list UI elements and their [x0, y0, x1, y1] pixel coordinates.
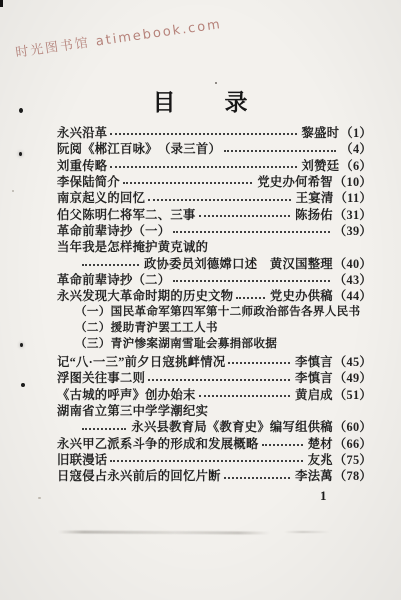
dot-leader: [199, 395, 291, 397]
toc-entry-author: 王宴清: [296, 188, 334, 206]
dot-leader: [110, 133, 296, 135]
scan-speck: [12, 190, 14, 192]
dot-leader: [173, 231, 330, 233]
toc-entry-title: 湖南省立第三中学学潮纪实: [57, 401, 208, 419]
scan-speck: [19, 152, 22, 156]
watermark: 时光图书馆 atimebook.com: [14, 13, 223, 61]
dot-leader: [173, 280, 330, 282]
scan-artifact-corner: [0, 0, 3, 7]
toc-row: （一）国民革命军第四军第十二师政治部告各界人民书: [57, 303, 372, 319]
toc-row: 刘重传略刘赞廷（6）: [57, 156, 372, 172]
dot-leader: [110, 460, 302, 462]
toc-row: 李保陆简介党史办何希智（10）: [57, 172, 372, 188]
toc-entry-page: （60）: [334, 417, 372, 435]
toc-entry-title: 日寇侵占永兴前后的回忆片断: [57, 466, 221, 484]
toc-entry-title: 南京起义的回忆: [57, 188, 145, 206]
toc-entry-page: （10）: [334, 172, 372, 190]
toc-entry-page: （49）: [334, 368, 372, 386]
toc-list: 永兴沿革黎盛时（1）阮阅《郴江百咏》 （录三首）（4）刘重传略刘赞廷（6）李保陆…: [57, 123, 372, 483]
toc-row: 革命前辈诗抄（二）（43）: [57, 270, 372, 286]
dot-leader: [236, 297, 265, 299]
toc-entry-title: 李保陆简介: [57, 172, 120, 190]
toc-entry-page: （51）: [334, 385, 372, 403]
toc-entry-page: （39）: [334, 221, 372, 239]
toc-row: （三）青沪惨案湖南雪耻会募捐部收据: [57, 335, 372, 351]
toc-entry-title: 革命前辈诗抄（二）: [57, 270, 170, 288]
dot-leader: [262, 444, 303, 446]
scan-speck: [19, 108, 23, 113]
toc-entry-author: 永兴县教育局《教育史》编写组供稿: [131, 417, 333, 435]
toc-subentry-title: （二）援助青沪罢工工人书: [57, 319, 218, 335]
toc-row: 永兴发现大革命时期的历史文物党史办供稿（44）: [57, 286, 372, 302]
toc-entry-author: 友兆: [308, 450, 333, 468]
dot-leader: [224, 477, 290, 479]
toc-entry-page: （43）: [334, 270, 372, 288]
toc-entry-title: 永兴甲乙派系斗争的形成和发展概略: [57, 434, 259, 452]
toc-entry-title: 永兴发现大革命时期的历史文物: [57, 286, 233, 304]
toc-entry-page: （1）: [340, 123, 372, 141]
toc-row: 阮阅《郴江百咏》 （录三首）（4）: [57, 139, 372, 155]
toc-row: （二）援助青沪罢工工人书: [57, 319, 372, 335]
toc-row: 湖南省立第三中学学潮纪实: [57, 401, 372, 417]
dot-leader: [82, 428, 126, 430]
toc-entry-author: 黎盛时: [302, 123, 340, 141]
dot-leader: [224, 150, 336, 152]
toc-entry-title: 革命前辈诗抄（一）: [57, 221, 170, 239]
toc-entry-title: 刘重传略: [57, 156, 107, 174]
scan-speck: [20, 343, 23, 347]
toc-entry-author: 李法萬: [295, 466, 333, 484]
toc-row: 《古城的呼声》创办始末黄启成（51）: [57, 385, 372, 401]
scanned-toc-page: 时光图书馆 atimebook.com 目 录 永兴沿革黎盛时（1）阮阅《郴江百…: [0, 0, 401, 600]
dot-leader: [228, 362, 290, 364]
dot-leader: [199, 215, 291, 217]
toc-entry-author: 黄启成: [295, 385, 333, 403]
toc-entry-author: 刘赞廷: [302, 156, 340, 174]
toc-entry-title: 浮图关往事二则: [57, 368, 145, 386]
toc-entry-page: （11）: [335, 188, 372, 206]
toc-row: 革命前辈诗抄（一）（39）: [57, 221, 372, 237]
toc-row: 伯父陈明仁将军二、三事陈扬佑（31）: [57, 205, 372, 221]
page-number: 1: [320, 488, 327, 504]
toc-row: 政协委员刘德嫦口述 黄汉国整理（40）: [57, 254, 372, 270]
toc-entry-page: （40）: [334, 254, 372, 272]
toc-subentry-title: （三）青沪惨案湖南雪耻会募捐部收据: [57, 335, 277, 351]
toc-entry-page: （4）: [340, 139, 372, 157]
toc-entry-title: 《古城的呼声》创办始末: [57, 385, 196, 403]
toc-subentry-title: （一）国民革命军第四军第十二师政治部告各界人民书: [57, 303, 360, 319]
dot-leader: [82, 264, 139, 266]
dot-leader: [123, 182, 252, 184]
toc-row: 永兴县教育局《教育史》编写组供稿（60）: [57, 417, 372, 433]
scan-smudge: [284, 531, 330, 533]
toc-row: 永兴沿革黎盛时（1）: [57, 123, 372, 139]
toc-row: 旧联漫话友兆（75）: [57, 450, 372, 466]
toc-entry-author: 楚材: [308, 434, 333, 452]
toc-entry-author: 政协委员刘德嫦口述 黄汉国整理: [144, 254, 333, 272]
toc-entry-page: （31）: [334, 205, 372, 223]
toc-entry-page: （44）: [334, 286, 372, 304]
toc-entry-title: 伯父陈明仁将军二、三事: [57, 205, 196, 223]
toc-entry-page: （75）: [334, 450, 372, 468]
toc-row: 当年我是怎样掩护黄克诚的: [57, 237, 372, 253]
toc-entry-page: （45）: [334, 352, 372, 370]
toc-entry-author: 李慎言: [295, 368, 333, 386]
toc-entry-title: 阮阅《郴江百咏》 （录三首）: [57, 139, 221, 157]
scan-speck: [215, 82, 217, 84]
page-title: 目 录: [0, 84, 401, 117]
scan-speck: [21, 383, 25, 387]
toc-row: 南京起义的回忆王宴清（11）: [57, 188, 372, 204]
toc-entry-title: 永兴沿革: [57, 123, 107, 141]
toc-entry-page: （66）: [334, 434, 372, 452]
toc-entry-author: 李慎言: [295, 352, 333, 370]
toc-entry-page: （78）: [334, 466, 372, 484]
toc-entry-title: 当年我是怎样掩护黄克诚的: [57, 237, 208, 255]
toc-row: 永兴甲乙派系斗争的形成和发展概略楚材（66）: [57, 434, 372, 450]
scan-speck: [38, 497, 41, 499]
toc-entry-author: 党史办供稿: [270, 286, 333, 304]
toc-entry-author: 党史办何希智: [257, 172, 333, 190]
dot-leader: [110, 166, 296, 168]
toc-entry-title: 旧联漫话: [57, 450, 107, 468]
toc-entry-page: （6）: [340, 156, 372, 174]
toc-entry-title: 记“八·一三”前夕日寇挑衅情况: [57, 352, 225, 370]
scan-smudge: [58, 530, 270, 534]
toc-row: 浮图关往事二则李慎言（49）: [57, 368, 372, 384]
toc-row: 日寇侵占永兴前后的回忆片断李法萬（78）: [57, 466, 372, 482]
toc-entry-author: 陈扬佑: [295, 205, 333, 223]
dot-leader: [148, 199, 291, 201]
toc-row: 记“八·一三”前夕日寇挑衅情况李慎言（45）: [57, 352, 372, 368]
dot-leader: [148, 379, 290, 381]
